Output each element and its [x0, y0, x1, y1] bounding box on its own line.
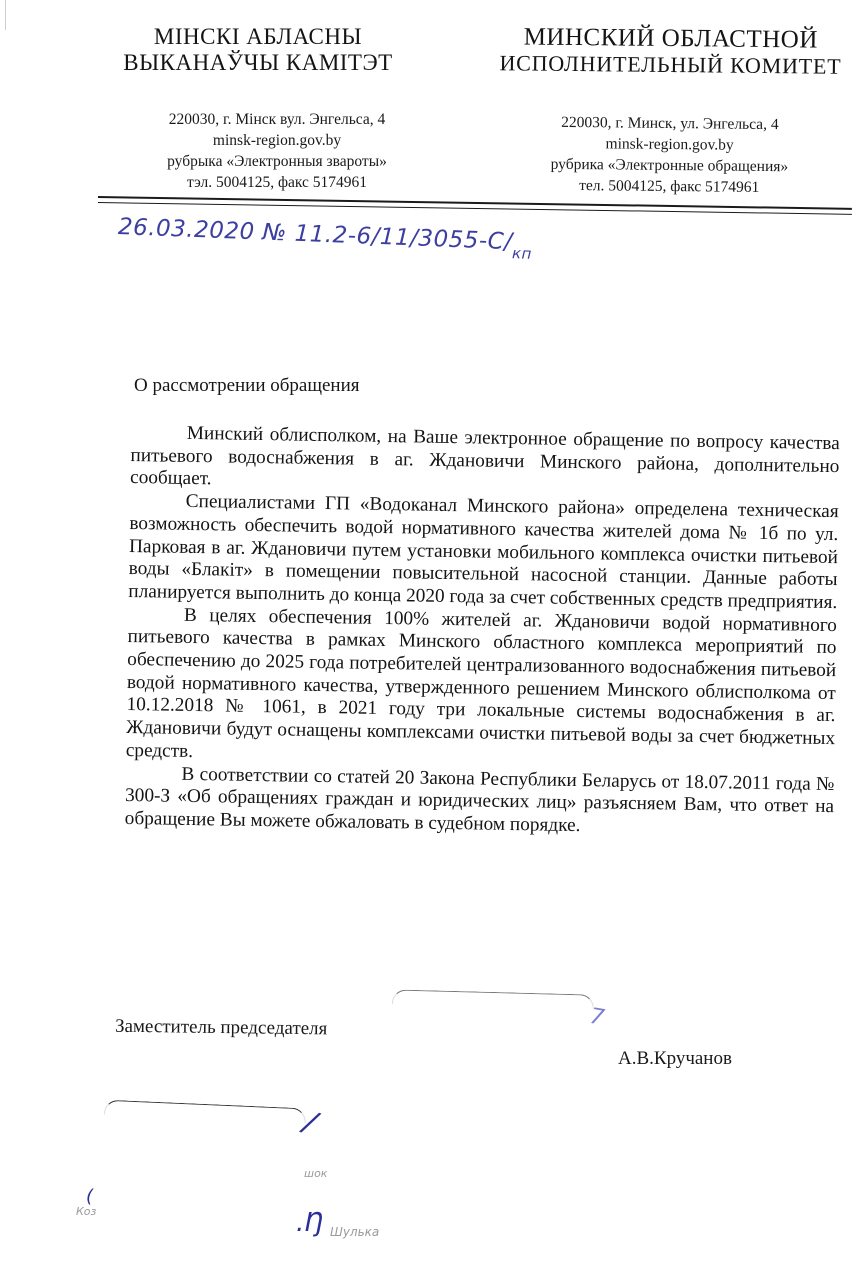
- rubric: рубрыка «Электронныя звароты»: [146, 151, 408, 172]
- signer-title: Заместитель председателя: [115, 1016, 328, 1041]
- org-name-line1: МІНСКІ АБЛАСНЫ: [108, 24, 408, 50]
- paragraph: Специалистами ГП «Водоканал Минского рай…: [128, 490, 839, 615]
- org-name-line2: ИСПОЛНИТЕЛЬНЫЙ КОМИТЕТ: [470, 50, 868, 80]
- registration-main: 26.03.2020 № 11.2-6/11/3055-С/: [118, 214, 513, 255]
- edge-signature-mark: (: [86, 1186, 93, 1207]
- scan-edge: [5, 0, 6, 30]
- signature-stamp-edge: [392, 989, 594, 1009]
- paragraph: Минский облисполком, на Ваше электронное…: [130, 422, 840, 501]
- pencil-note: шок: [304, 1167, 327, 1180]
- registration-number: 26.03.2020 № 11.2-6/11/3055-С/кп: [118, 214, 533, 256]
- contact-block: 220030, г. Минск, ул. Энгельса, 4 minsk-…: [469, 111, 868, 199]
- letterhead-belarusian: МІНСКІ АБЛАСНЫ ВЫКАНАЎЧЫ КАМІТЭТ 220030,…: [108, 24, 408, 193]
- registration-suffix: кп: [512, 244, 533, 263]
- phone: тел. 5004125, факс 5174961: [469, 174, 868, 199]
- pencil-note: Коз: [76, 1205, 96, 1218]
- paragraph: В целях обеспечения 100% жителей аг. Жда…: [126, 604, 837, 774]
- address: 220030, г. Мінск вул. Энгельса, 4: [146, 109, 408, 130]
- signer-name: А.В.Кручанов: [618, 1048, 732, 1070]
- website: minsk-region.gov.by: [146, 130, 408, 151]
- letterhead-russian: МИНСКИЙ ОБЛАСТНОЙ ИСПОЛНИТЕЛЬНЫЙ КОМИТЕТ…: [469, 24, 868, 199]
- contact-block: 220030, г. Мінск вул. Энгельса, 4 minsk-…: [108, 109, 408, 193]
- phone: тэл. 5004125, факс 5174961: [146, 172, 408, 193]
- pencil-note: Шулька: [330, 1225, 379, 1239]
- letter-subject: О рассмотрении обращения: [134, 375, 360, 397]
- letter-page: МІНСКІ АБЛАСНЫ ВЫКАНАЎЧЫ КАМІТЭТ 220030,…: [0, 0, 868, 1280]
- org-name-line2: ВЫКАНАЎЧЫ КАМІТЭТ: [108, 50, 408, 76]
- paragraph: В соответствии со статей 20 Закона Респу…: [125, 763, 835, 842]
- approval-stamp-edge: [104, 1100, 306, 1124]
- signature-mark: 7: [588, 1004, 606, 1031]
- initials-signature: .Ŋ: [296, 1208, 324, 1238]
- letter-body: Минский облисполком, на Ваше электронное…: [125, 422, 840, 842]
